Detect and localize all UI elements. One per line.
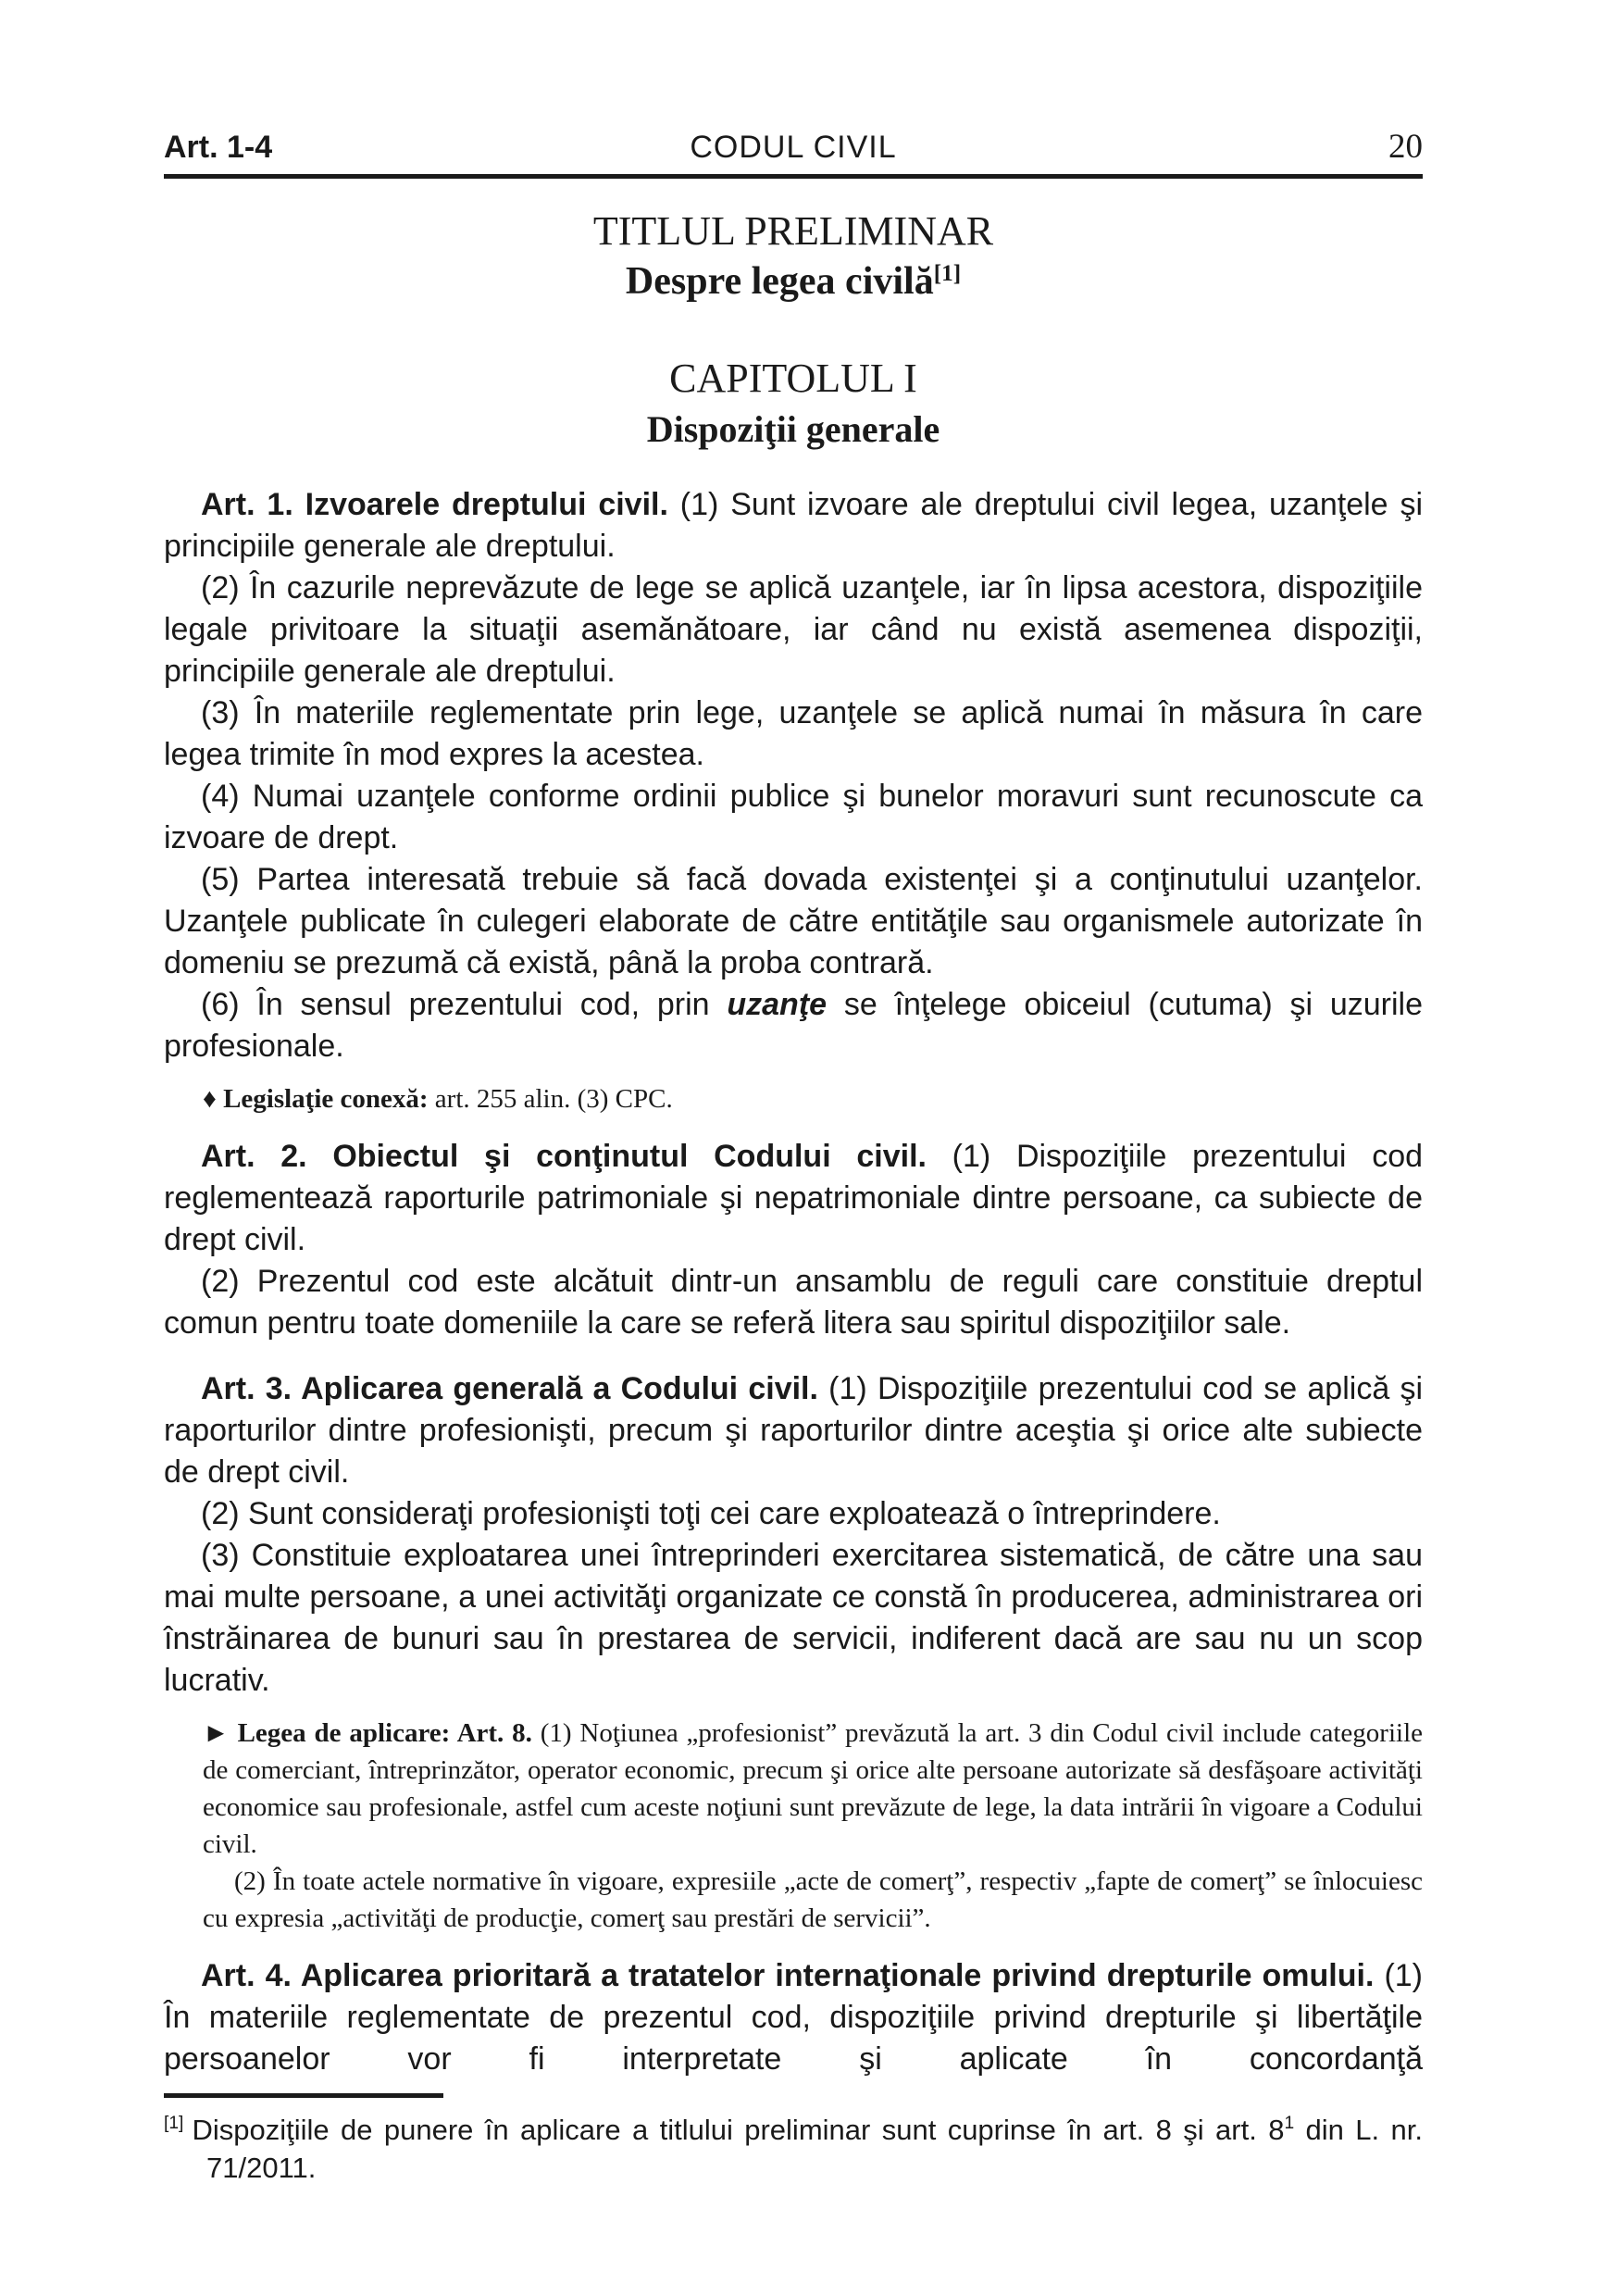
art-4-para-1: Art. 4. Aplicarea prioritară a tratatelo… xyxy=(164,1955,1423,2080)
art-3-para-1: Art. 3. Aplicarea generală a Codului civ… xyxy=(164,1368,1423,1493)
art-3-para-2: (2) Sunt consideraţi profesionişti toţi … xyxy=(164,1493,1423,1535)
art-1-para-5: (5) Partea interesată trebuie să facă do… xyxy=(164,859,1423,984)
art-2-para-1: Art. 2. Obiectul şi conţinutul Codului c… xyxy=(164,1136,1423,1261)
art-3-note-legea-de-aplicare-1: ► Legea de aplicare: Art. 8. (1) Noţiune… xyxy=(203,1715,1423,1863)
header-page-number: 20 xyxy=(1388,130,1423,165)
running-header: Art. 1-4 CODUL CIVIL 20 xyxy=(164,130,1423,165)
chapter-heading: CAPITOLUL I xyxy=(164,356,1423,401)
art-1-para-3: (3) În materiile reglementate prin lege,… xyxy=(164,693,1423,776)
title-despre-legea-civila: Despre legea civilă[1] xyxy=(164,260,1423,303)
title-preliminar: TITLUL PRELIMINAR xyxy=(164,208,1423,255)
chapter-subheading: Dispoziţii generale xyxy=(164,408,1423,451)
footnotes: [1] Dispoziţiile de punere în aplicare a… xyxy=(164,2111,1423,2187)
header-book-title: CODUL CIVIL xyxy=(690,130,896,165)
art-1-note-legislatie-conexa: ♦ Legislaţie conexă: art. 255 alin. (3) … xyxy=(203,1080,1423,1117)
book-page: Art. 1-4 CODUL CIVIL 20 TITLUL PRELIMINA… xyxy=(0,0,1618,2296)
content: Art. 1. Izvoarele dreptului civil. (1) S… xyxy=(164,484,1423,2080)
header-article-range: Art. 1-4 xyxy=(164,130,272,165)
art-2-para-2: (2) Prezentul cod este alcătuit dintr-un… xyxy=(164,1261,1423,1344)
subtitle-text: Despre legea civilă xyxy=(626,260,934,303)
header-rule xyxy=(164,174,1423,179)
art-1-para-6: (6) În sensul prezentului cod, prin uzan… xyxy=(164,984,1423,1067)
footnote-separator xyxy=(164,2093,443,2098)
art-3-para-3: (3) Constituie exploatarea unei întrepri… xyxy=(164,1535,1423,1702)
art-1-para-1: Art. 1. Izvoarele dreptului civil. (1) S… xyxy=(164,484,1423,568)
art-3-note-legea-de-aplicare-2: (2) În toate actele normative în vigoare… xyxy=(203,1863,1423,1937)
art-1-para-4: (4) Numai uzanţele conforme ordinii publ… xyxy=(164,776,1423,859)
footnote-ref-1: [1] xyxy=(934,261,961,286)
footnote-1: [1] Dispoziţiile de punere în aplicare a… xyxy=(164,2111,1423,2187)
art-1-para-2: (2) În cazurile neprevăzute de lege se a… xyxy=(164,568,1423,693)
